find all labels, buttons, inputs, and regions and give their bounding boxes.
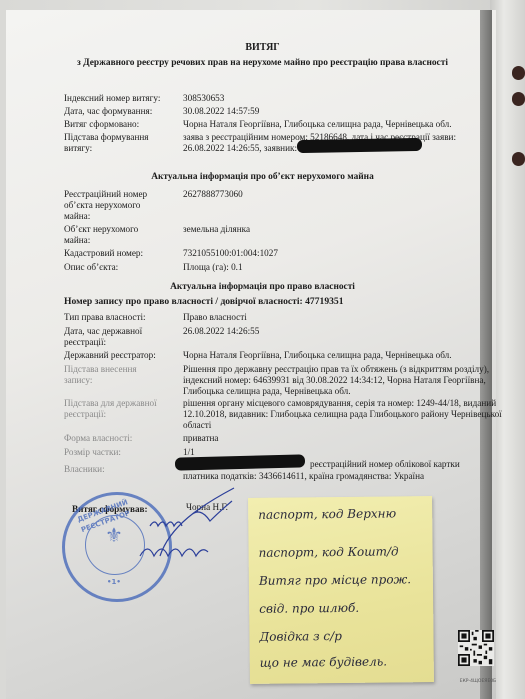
document-subtitle: з Державного реєстру речових прав на нер…: [0, 58, 525, 69]
redaction-owner: [175, 454, 305, 470]
field-value-line1: реєстраційний номер облікової картки: [310, 459, 490, 470]
field-label: Державний реєстратор:: [64, 350, 184, 361]
trident-emblem-icon: ⚜: [105, 530, 123, 541]
field-label: Індексний номер витягу:: [64, 93, 184, 104]
field-value-line2: платника податків: 3436614611, країна гр…: [183, 471, 503, 482]
field-value: Чорна Наталя Георгіївна, Глибоцька селищ…: [183, 350, 503, 361]
note-line: Довідка з с/р: [259, 629, 342, 644]
section-heading-object: Актуальна інформація про об’єкт нерухомо…: [0, 172, 525, 183]
field-label: Власники:: [64, 464, 184, 475]
field-value: 30.08.2022 14:57:59: [183, 106, 483, 117]
field-value: земельна ділянка: [183, 224, 483, 235]
field-label: Об’єкт нерухомого майна:: [64, 224, 154, 246]
field-label: Розмір частки:: [64, 447, 184, 458]
field-label: Витяг сформовано:: [64, 119, 184, 130]
field-value: 26.08.2022 14:26:55: [183, 326, 483, 337]
field-label: Підстава внесення запису:: [64, 364, 154, 386]
field-label: Форма власності:: [64, 433, 184, 444]
field-label: Дата, час формування:: [64, 106, 184, 117]
note-line: паспорт, код Кошт/д: [259, 544, 399, 559]
field-value: Площа (га): 0.1: [183, 262, 483, 273]
stamp-number: •1•: [107, 577, 121, 588]
field-label: Тип права власності:: [64, 312, 184, 323]
ownership-record-number: Номер запису про право власності / довір…: [64, 296, 484, 307]
field-label: Кадастровий номер:: [64, 248, 184, 259]
section-heading-ownership: Актуальна інформація про право власності: [0, 282, 525, 293]
qr-code: [458, 630, 494, 666]
field-value: Рішення про державну реєстрацію прав та …: [183, 364, 505, 397]
field-value: приватна: [183, 433, 483, 444]
sticky-note: паспорт, код Верхню паспорт, код Кошт/д …: [248, 496, 434, 684]
field-label: Підстава для державної реєстрації:: [64, 398, 164, 420]
redaction-applicant: [297, 138, 422, 153]
note-line: що не має будівель.: [260, 655, 387, 670]
field-value: Чорна Наталя Георгіївна, Глибоцька селищ…: [183, 119, 503, 130]
qr-caption: ЕКР-4ЩОЕЯЕ0Б: [450, 676, 506, 687]
field-value: 7321055100:01:004:1027: [183, 248, 483, 259]
note-line: свід. про шлюб.: [259, 601, 359, 616]
field-value: 2627888773060: [183, 189, 483, 200]
document-title: ВИТЯГ: [0, 42, 525, 53]
note-line: паспорт, код Верхню: [258, 506, 396, 521]
signature-scribble-icon: [130, 486, 240, 576]
note-line: Витяг про місце прож.: [259, 572, 411, 588]
field-label: Дата, час державної реєстрації:: [64, 326, 159, 348]
field-label: Підстава формування витягу:: [64, 132, 164, 154]
field-value: Право власності: [183, 312, 483, 323]
field-value: 308530653: [183, 93, 483, 104]
field-label: Опис об’єкта:: [64, 262, 184, 273]
field-label: Реєстраційний номер об’єкта нерухомого м…: [64, 189, 154, 222]
field-value: рішення органу місцевого самоврядування,…: [183, 398, 505, 431]
